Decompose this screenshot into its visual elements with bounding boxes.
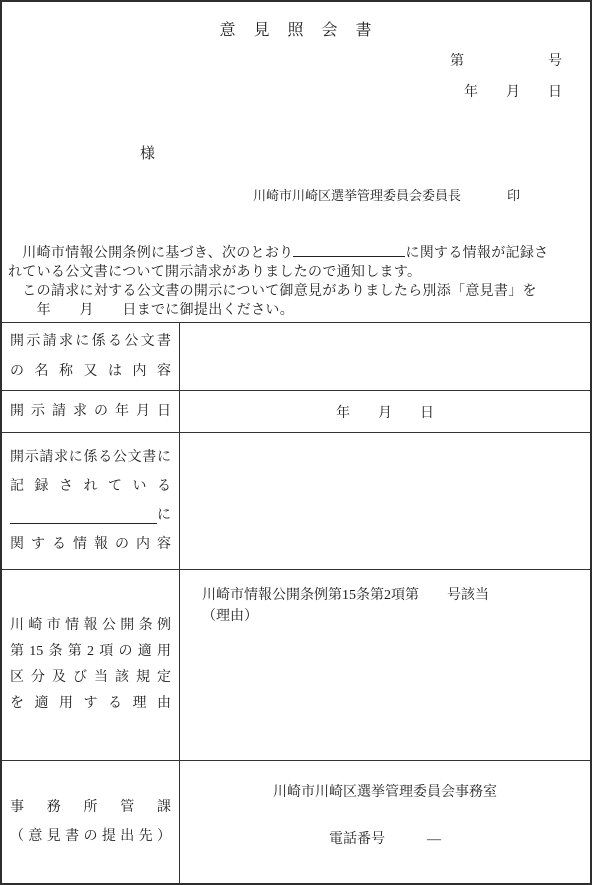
row1-header-line2: の名称又は内容 [10,357,171,387]
row4-header-line4: を適用する理由 [10,691,171,717]
row2-value: 年 月 日 [180,391,590,432]
row4-header: 川崎市情報公開条例 第15条第2項の適用 区分及び当該規定 を適用する理由 [2,570,180,760]
row4-value-line2: （理由） [202,606,580,627]
row5-value: 川崎市川崎区選挙管理委員会事務室 電話番号 ― [180,761,590,883]
row4-value-line1: 川崎市情報公開条例第15条第2項第 号該当 [202,585,580,606]
row1-value [180,323,590,390]
row5-header-line1: 事務所管課 [10,793,171,822]
table-row-document-name: 開示請求に係る公文書 の名称又は内容 [2,323,590,391]
row3-header-line2: 記録されている [10,472,171,501]
body-line-1-pre: 川崎市情報公開条例に基づき、次のとおり [8,246,293,261]
body-paragraph: 川崎市情報公開条例に基づき、次のとおりに関する情報が記録さ れている公文書につい… [2,243,590,320]
document-date-line: 年 月 日 [2,84,590,102]
table-row-recorded-info: 開示請求に係る公文書に 記録されている に 関する情報の内容 [2,433,590,570]
row2-header-line: 開示請求の年月日 [10,403,171,421]
fill-in-underline [10,523,157,524]
row2-header: 開示請求の年月日 [2,391,180,432]
seal-mark: 印 [507,187,520,204]
sender-line: 川崎市川崎区選挙管理委員会委員長 印 [2,187,590,204]
row4-header-line3: 区分及び当該規定 [10,665,171,691]
body-line-2: れている公文書について開示請求がありましたので通知します。 [8,263,588,282]
table-row-ordinance-clause: 川崎市情報公開条例 第15条第2項の適用 区分及び当該規定 を適用する理由 川崎… [2,570,590,761]
row4-value: 川崎市情報公開条例第15条第2項第 号該当 （理由） [180,570,590,760]
row1-header-line1: 開示請求に係る公文書 [10,327,171,357]
body-line-3: この請求に対する公文書の開示について御意見がありましたら別添「意見書」を [8,282,588,301]
row5-phone-line: 電話番号 ― [329,828,441,848]
row3-header-underline-line: に [10,501,171,530]
body-line-1: 川崎市情報公開条例に基づき、次のとおりに関する情報が記録さ [8,243,588,263]
row4-header-line1: 川崎市情報公開条例 [10,613,171,639]
row1-header: 開示請求に係る公文書 の名称又は内容 [2,323,180,390]
sender-name: 川崎市川崎区選挙管理委員会委員長 [253,187,461,204]
document-number-line: 第 号 [2,53,590,71]
row3-header-line1: 開示請求に係る公文書に [10,443,171,472]
row3-header-line4: 関する情報の内容 [10,530,171,559]
row3-underline-suffix: に [157,501,171,530]
document-title: 意 見 照 会 書 [2,20,590,42]
row3-value [180,433,590,569]
row5-header-line2: （意見書の提出先） [10,822,171,851]
document-page: 意 見 照 会 書 第 号 年 月 日 様 川崎市川崎区選挙管理委員会委員長 印… [0,0,592,885]
row3-header: 開示請求に係る公文書に 記録されている に 関する情報の内容 [2,433,180,569]
info-table: 開示請求に係る公文書 の名称又は内容 開示請求の年月日 年 月 日 開示請求に係… [2,322,590,883]
row4-header-line2: 第15条第2項の適用 [10,639,171,665]
row5-office-name: 川崎市川崎区選挙管理委員会事務室 [273,781,497,801]
row5-header: 事務所管課 （意見書の提出先） [2,761,180,883]
table-row-office-in-charge: 事務所管課 （意見書の提出先） 川崎市川崎区選挙管理委員会事務室 電話番号 ― [2,761,590,883]
table-row-request-date: 開示請求の年月日 年 月 日 [2,391,590,433]
body-line-1-post: に関する情報が記録さ [405,246,548,261]
blank-underline [293,243,405,257]
addressee-sama: 様 [2,145,590,163]
body-line-4: 年 月 日までに御提出ください。 [8,301,588,320]
